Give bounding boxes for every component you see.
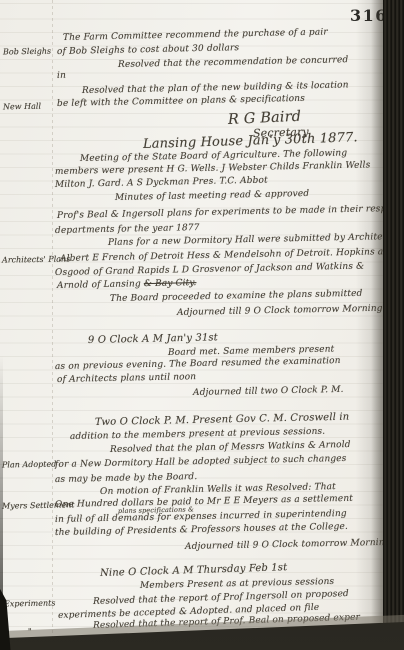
margin-rule-line: [52, 0, 53, 650]
ledger-page-scan: 316 Bob Sleighs New Hall Architects' Pla…: [0, 0, 404, 650]
session-heading: 9 O Clock A M Jan'y 31st: [88, 332, 218, 346]
manuscript-line: departments for the year 1877: [55, 223, 200, 236]
manuscript-line: as may be made by the Board.: [55, 472, 198, 485]
manuscript-line-text: Arnold of Lansing: [57, 279, 144, 291]
binding-gutter-shadow: [371, 0, 383, 650]
manuscript-line: as on previous evening. The Board resume…: [55, 356, 341, 372]
manuscript-line: Adjourned till 9 O Clock tomorrow Mornin…: [177, 304, 383, 318]
margin-note-new-hall: New Hall: [3, 102, 41, 112]
manuscript-line: Resolved that the plan of the new buildi…: [82, 80, 349, 96]
manuscript-line: Resolved that the plan of Messrs Watkins…: [110, 440, 351, 455]
book-binding-edge: [383, 0, 404, 650]
margin-note-bob-sleighs: Bob Sleighs: [3, 47, 51, 57]
manuscript-line: be left with the Committee on plans & sp…: [57, 94, 305, 109]
manuscript-line: addition to the members present at previ…: [70, 427, 325, 442]
manuscript-line-with-strikeout: Arnold of Lansing & Bay City.: [57, 278, 197, 291]
manuscript-line: the building of Presidents & Professors …: [55, 522, 348, 538]
manuscript-line: The Board proceeded to examine the plans…: [110, 289, 363, 304]
margin-note-plan-adopted: Plan Adopted: [2, 460, 56, 470]
margin-note-experiments: Experiments: [4, 599, 56, 609]
manuscript-line: The Farm Committee recommend the purchas…: [63, 27, 328, 43]
manuscript-line: of Bob Sleighs to cost about 30 dollars: [57, 43, 239, 57]
manuscript-line: of Architects plans until noon: [57, 372, 196, 385]
struck-text: & Bay City.: [144, 278, 197, 289]
session-heading: Two O Clock P. M. Present Gov C. M. Cros…: [95, 412, 350, 428]
manuscript-line: for a New Dormitory Hall be adopted subj…: [55, 454, 347, 470]
manuscript-line: Minutes of last meeting read & approved: [115, 189, 309, 203]
manuscript-line: Resolved that the recommendation be conc…: [118, 55, 349, 70]
manuscript-line: Prof's Beal & Ingersoll plans for experi…: [57, 204, 404, 221]
manuscript-line: Milton J. Gard. A S Dyckman Pres. T.C. A…: [55, 176, 268, 190]
manuscript-line: Members Present as at previous sessions: [140, 577, 334, 591]
left-page-edge-shadow: [0, 355, 3, 650]
manuscript-line: Adjourned till 9 O Clock tomorrow Mornin…: [185, 538, 391, 552]
manuscript-line: Plans for a new Dormitory Hall were subm…: [108, 232, 397, 248]
manuscript-line: Osgood of Grand Rapids L D Grosvenor of …: [55, 262, 364, 278]
margin-note-ditto-mark: ": [28, 627, 32, 636]
manuscript-line: in: [57, 71, 66, 81]
session-heading: Nine O Clock A M Thursday Feb 1st: [100, 562, 288, 579]
manuscript-line: Adjourned till two O Clock P. M.: [193, 385, 344, 398]
